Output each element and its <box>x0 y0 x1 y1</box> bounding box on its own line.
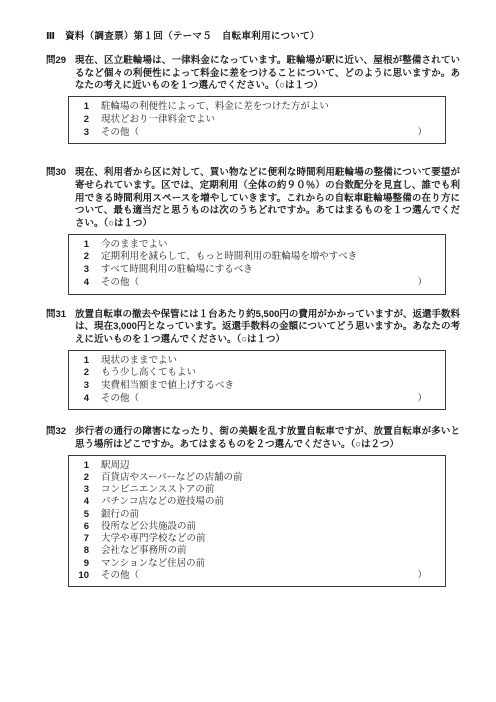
option-item: 4その他（） <box>69 277 445 290</box>
option-number: 10 <box>69 570 89 582</box>
option-item: 1現状のままでよい <box>69 355 445 368</box>
option-label: 会社など事務所の前 <box>101 545 187 557</box>
option-item: 5銀行の前 <box>69 509 445 521</box>
option-label: 大学や専門学校などの前 <box>101 533 206 545</box>
survey-document-page: Ⅲ 資料（調査票）第１回（テーマ５ 自転車利用について） 問29現在、区立駐輪場… <box>0 0 496 702</box>
option-number: 3 <box>69 380 89 393</box>
other-blank-close: ） <box>417 570 445 582</box>
question-text: 現在、利用者から区に対して、買い物などに便利な時間利用駐輪場の整備について要望が… <box>75 167 460 231</box>
option-number: 2 <box>69 367 89 380</box>
option-label: パチンコ店などの遊技場の前 <box>101 496 224 508</box>
question-block: 問30現在、利用者から区に対して、買い物などに便利な時間利用駐輪場の整備について… <box>46 167 460 294</box>
option-item: 7大学や専門学校などの前 <box>69 533 445 545</box>
option-label: 駅周辺 <box>101 460 130 472</box>
section-title: Ⅲ 資料（調査票）第１回（テーマ５ 自転車利用について） <box>46 30 496 43</box>
other-blank-close: ） <box>417 393 445 406</box>
option-number: 5 <box>69 509 89 521</box>
options-box: 1駐輪場の利便性によって、料金に差をつけた方がよい2現状どおり一律料金でよい3そ… <box>68 96 446 144</box>
options-box: 1駅周辺2百貨店やスーパーなどの店舗の前3コンビニエンスストアの前4パチンコ店な… <box>68 455 446 587</box>
option-label: 百貨店やスーパーなどの店舗の前 <box>101 472 243 484</box>
option-item: 9マンションなど住居の前 <box>69 558 445 570</box>
option-number: 7 <box>69 533 89 545</box>
question-header: 問29現在、区立駐輪場は、一律料金になっています。駐輪場が駅に近い、屋根が整備さ… <box>46 55 460 93</box>
question-number: 問31 <box>46 309 75 347</box>
option-item: 3コンビニエンスストアの前 <box>69 484 445 496</box>
option-number: 3 <box>69 127 89 140</box>
option-label: 駐輪場の利便性によって、料金に差をつけた方がよい <box>101 101 329 114</box>
option-label: 現状どおり一律料金でよい <box>101 114 215 127</box>
option-number: 1 <box>69 355 89 368</box>
option-label: コンビニエンスストアの前 <box>101 484 214 496</box>
option-label: 定期利用を減らして、もっと時間利用の駐輪場を増やすべき <box>101 251 357 264</box>
option-number: 2 <box>69 472 89 484</box>
option-number: 4 <box>69 496 89 508</box>
option-number: 1 <box>69 460 89 472</box>
option-label: 役所など公共施設の前 <box>101 521 196 533</box>
question-text: 放置自転車の撤去や保管には１台あたり約5,500円の費用がかかっていますが、返還… <box>75 309 460 347</box>
option-label: 実費相当額まで値上げするべき <box>101 380 234 393</box>
option-number: 6 <box>69 521 89 533</box>
option-number: 2 <box>69 251 89 264</box>
option-label: 現状のままでよい <box>101 355 177 368</box>
question-number: 問30 <box>46 167 75 231</box>
options-box: 1今のままでよい2定期利用を減らして、もっと時間利用の駐輪場を増やすべき3すべて… <box>68 234 446 295</box>
option-item: 3その他（） <box>69 127 445 140</box>
option-label: その他（ <box>101 127 139 140</box>
option-item: 10その他（） <box>69 570 445 582</box>
question-block: 問32歩行者の通行の障害になったり、街の美観を乱す放置自転車ですが、放置自転車が… <box>46 426 460 586</box>
option-label: マンションなど住居の前 <box>101 558 205 570</box>
other-blank-close: ） <box>417 277 445 290</box>
option-item: 2定期利用を減らして、もっと時間利用の駐輪場を増やすべき <box>69 251 445 264</box>
option-item: 1今のままでよい <box>69 239 445 252</box>
option-label: その他（ <box>101 277 139 290</box>
option-number: 8 <box>69 545 89 557</box>
question-text: 現在、区立駐輪場は、一律料金になっています。駐輪場が駅に近い、屋根が整備されてい… <box>75 55 460 93</box>
question-text: 歩行者の通行の障害になったり、街の美観を乱す放置自転車ですが、放置自転車が多いと… <box>75 426 460 451</box>
option-label: すべて時間利用の駐輪場にするべき <box>101 264 253 277</box>
option-item: 8会社など事務所の前 <box>69 545 445 557</box>
option-number: 3 <box>69 264 89 277</box>
questions-container: 問29現在、区立駐輪場は、一律料金になっています。駐輪場が駅に近い、屋根が整備さ… <box>0 55 496 587</box>
option-number: 2 <box>69 114 89 127</box>
option-number: 4 <box>69 393 89 406</box>
option-number: 1 <box>69 239 89 252</box>
question-number: 問32 <box>46 426 75 451</box>
option-item: 1駐輪場の利便性によって、料金に差をつけた方がよい <box>69 101 445 114</box>
option-label: その他（ <box>101 393 139 406</box>
option-number: 9 <box>69 558 89 570</box>
option-item: 4パチンコ店などの遊技場の前 <box>69 496 445 508</box>
option-item: 6役所など公共施設の前 <box>69 521 445 533</box>
option-item: 2百貨店やスーパーなどの店舗の前 <box>69 472 445 484</box>
option-label: 銀行の前 <box>101 509 139 521</box>
question-number: 問29 <box>46 55 75 93</box>
option-item: 4その他（） <box>69 393 445 406</box>
option-item: 3すべて時間利用の駐輪場にするべき <box>69 264 445 277</box>
question-header: 問32歩行者の通行の障害になったり、街の美観を乱す放置自転車ですが、放置自転車が… <box>46 426 460 451</box>
question-header: 問31放置自転車の撤去や保管には１台あたり約5,500円の費用がかかっていますが… <box>46 309 460 347</box>
question-block: 問31放置自転車の撤去や保管には１台あたり約5,500円の費用がかかっていますが… <box>46 309 460 411</box>
option-number: 3 <box>69 484 89 496</box>
question-header: 問30現在、利用者から区に対して、買い物などに便利な時間利用駐輪場の整備について… <box>46 167 460 231</box>
option-number: 4 <box>69 277 89 290</box>
option-item: 2現状どおり一律料金でよい <box>69 114 445 127</box>
option-item: 2もう少し高くてもよい <box>69 367 445 380</box>
option-label: その他（ <box>101 570 139 582</box>
option-label: 今のままでよい <box>101 239 168 252</box>
question-block: 問29現在、区立駐輪場は、一律料金になっています。駐輪場が駅に近い、屋根が整備さ… <box>46 55 460 144</box>
option-label: もう少し高くてもよい <box>101 367 196 380</box>
option-item: 1駅周辺 <box>69 460 445 472</box>
option-number: 1 <box>69 101 89 114</box>
options-box: 1現状のままでよい2もう少し高くてもよい3実費相当額まで値上げするべき4その他（… <box>68 350 446 411</box>
other-blank-close: ） <box>417 127 445 140</box>
option-item: 3実費相当額まで値上げするべき <box>69 380 445 393</box>
